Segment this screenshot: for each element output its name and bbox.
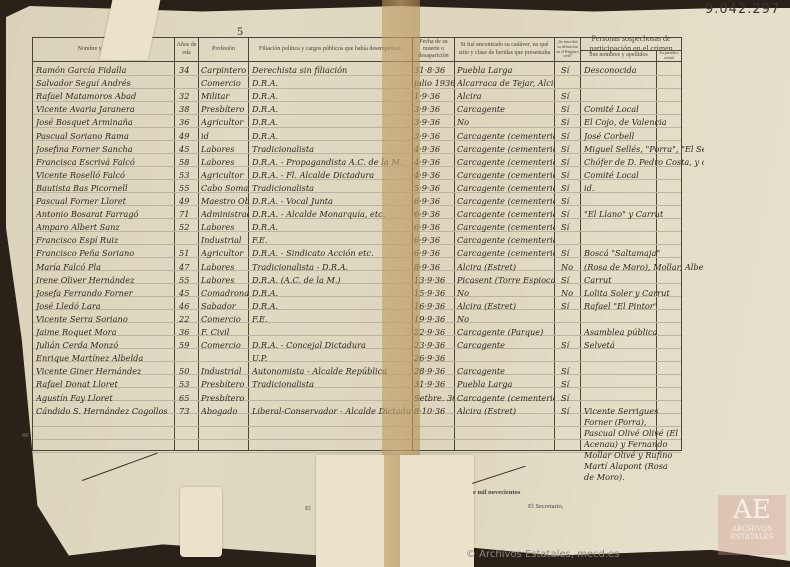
cell-registered: Sí [561,366,581,376]
cell-age: 36 [179,117,199,127]
cell-date: 13·9·36 [414,275,455,285]
cell-place: Alcira (Estret) [457,406,555,416]
cell-suspects: "El Llano" y Carrut [584,209,704,219]
cell-registered: Sí [561,248,581,258]
footer-date-text: e mil novecientos [473,489,520,496]
cell-name: Josefina Forner Sancha [36,144,174,154]
cell-age: 47 [179,262,199,272]
register-table: Nombre y apellidos d Años de eda Profesi… [32,37,682,451]
cell-place: Carcagente (cementerio) [457,393,555,403]
cell-profession: Abogado [201,406,249,416]
cell-place: Carcagente (Parque) [457,327,555,337]
cell-date: 4·9·36 [414,157,455,167]
cell-age: 22 [179,314,199,324]
cell-date: 1·9·36 [414,91,455,101]
cell-date: 26·9·36 [414,353,455,363]
cell-age: 49 [179,131,199,141]
table-row: Vicente Giner Hernández50IndustrialAuton… [33,365,681,378]
cell-profession: Agricultor [201,170,249,180]
table-row: Vicente Serra Soriano22ComercioF.E.19·9·… [33,313,681,326]
cell-name: Ramón García Fidalla [36,65,174,75]
cell-place: Carcagente (cementerio) [457,235,555,245]
cell-profession: F. Civil [201,327,249,337]
cell-date: 6·9·36 [414,235,455,245]
cell-profession: Presbítero [201,379,249,389]
cell-registered: Sí [561,117,581,127]
watermark-logo: AE [718,495,786,525]
header-age: Años de eda [175,38,199,62]
cell-suspects: Rafael "El Pintor" [584,301,704,311]
cell-place: Carcagente [457,104,555,114]
cell-date: 22·9·36 [414,327,455,337]
cell-date: julio 1936 [414,78,455,88]
cell-registered: No [561,288,581,298]
cell-place: Alcarraca de Tejar, Alcira [457,78,555,88]
table-row: Bautista Bas Picornell55Cabo SomaténTrad… [33,182,681,195]
table-row: Francisco Peña Soriano51AgricultorD.R.A.… [33,247,681,260]
cell-registered: Sí [561,183,581,193]
header-suspects-whereabouts: Su paradero actual [657,51,681,62]
cell-age: 51 [179,248,199,258]
cell-suspects: José Corbell [584,131,704,141]
cell-date: 6·9·36 [414,209,455,219]
cell-name: Enrique Martínez Albelda [36,353,174,363]
cell-date: 23·9·36 [414,340,455,350]
cell-suspects: Miguel Sellés, "Porra", "El Seco" [584,144,704,154]
cell-name: Vicente Roselló Falcó [36,170,174,180]
table-row: Agustín Fay Lloret65PresbíteroSetbre. 36… [33,392,681,405]
cell-date: 28·9·36 [414,366,455,376]
archive-watermark: AE ARCHIVOS ESTATALES [718,495,786,555]
cell-place: Carcagente (cementerio) [457,209,555,219]
cell-date: 3·9·36 [414,104,455,114]
table-row: Pascual Soriano Rama49idD.R.A.3·9·36Carc… [33,130,681,143]
table-row: Cándido S. Hernández Cogollos73AbogadoLi… [33,405,681,418]
table-row: Francisco Espí RuizIndustrialF.E.6·9·36C… [33,234,681,247]
cell-age: 65 [179,393,199,403]
watermark-line1: ARCHIVOS [718,525,786,533]
header-profession: Profesión [199,38,249,62]
cell-date: 4·9·36 [414,170,455,180]
cell-place: Alcira (Estret) [457,301,555,311]
table-row: Irene Oliver Hernández55LaboresD.R.A. (A… [33,274,681,287]
cell-age: 53 [179,170,199,180]
cell-registered: Sí [561,196,581,206]
cell-suspects: Comité Local [584,170,704,180]
cell-age: 45 [179,288,199,298]
cell-name: Amparo Albert Sanz [36,222,174,232]
table-row: Salvador Seguí AndrésComercioD.R.A.julio… [33,77,681,90]
cell-suspects: (Rosa de Moro), Mollar, Albelda y Mora [584,262,704,272]
table-row: José Lledó Lara46SabadorD.R.A.16·9·36Alc… [33,300,681,313]
cell-registered: Sí [561,275,581,285]
cell-profession: Carpintero [201,65,249,75]
header-reported: ¿Se inscribió su defunción en el Registr… [555,38,581,62]
cell-place: Carcagente (cementerio) [457,248,555,258]
cell-name: José Bosquet Arminaña [36,117,174,127]
cell-name: Francisco Peña Soriano [36,248,174,258]
cell-suspects: El Cojo, de Valencia [584,117,704,127]
cell-registered: Sí [561,393,581,403]
cell-suspects: Comité Local [584,104,704,114]
cell-age: 58 [179,157,199,167]
cell-age: 46 [179,301,199,311]
table-row: María Falcó Pla47LaboresTradicionalista … [33,261,681,274]
cell-suspects: Vicente Serrigues Forner (Porra), Pascua… [584,406,680,483]
table-row: Amparo Albert Sanz52LaboresD.R.A.6·9·36C… [33,221,681,234]
cell-name: Irene Oliver Hernández [36,275,174,285]
cell-date: 15·9·36 [414,288,455,298]
cell-name: Vicente Serra Soriano [36,314,174,324]
table-row: Ramón García Fidalla34CarpinteroDerechis… [33,64,681,77]
cell-age: 36 [179,327,199,337]
cell-suspects: id. [584,183,704,193]
cell-profession: Comercio [201,78,249,88]
cell-place: Carcagente (cementerio) [457,144,555,154]
cell-place: Carcagente (cementerio) [457,170,555,180]
cell-registered: No [561,262,581,272]
table-row: Vicente Avaria Jaranera38PresbíteroD.R.A… [33,103,681,116]
cell-registered: Sí [561,406,581,416]
table-row: Antonio Bosarat Farragó71AdministradorD.… [33,208,681,221]
cell-profession: Comercio [201,314,249,324]
header-suspects-group: Personas sospechosas de participación en… [581,38,681,51]
cell-date: 5·9·36 [414,183,455,193]
cell-registered: Sí [561,340,581,350]
cell-date: 3·9·36 [414,131,455,141]
cell-place: Picasent (Torre Espioca) [457,275,555,285]
cell-name: María Falcó Pla [36,262,174,272]
cell-registered: Sí [561,170,581,180]
cell-place: Carcagente [457,366,555,376]
table-row: Rafael Matamoros Abad32MilitarD.R.A.1·9·… [33,90,681,103]
cell-registered: Sí [561,91,581,101]
cell-profession: Labores [201,222,249,232]
cell-age: 34 [179,65,199,75]
cell-suspects: Boscá "Saltamaja" [584,248,704,258]
cell-profession: Agricultor [201,117,249,127]
cell-registered: Sí [561,157,581,167]
cell-name: Vicente Avaria Jaranera [36,104,174,114]
cell-name: José Lledó Lara [36,301,174,311]
cell-date: 4·9·36 [414,144,455,154]
cell-profession: Militar [201,91,249,101]
cell-name: Francisco Espí Ruiz [36,235,174,245]
cell-name: Francisca Escrivá Falcó [36,157,174,167]
cell-profession: Labores [201,275,249,285]
cell-suspects: Chófer de D. Pedro Costa, y otros [584,157,704,167]
cell-name: Pascual Forner Lloret [36,196,174,206]
cell-name: Julián Cerda Monzó [36,340,174,350]
cell-date: 16·9·36 [414,301,455,311]
cell-profession: Sabador [201,301,249,311]
cell-date: 6·9·36 [414,196,455,206]
cell-name: Cándido S. Hernández Cogollos [36,406,174,416]
watermark-line2: ESTATALES [718,533,786,541]
cell-name: Josefa Ferrando Forner [36,288,174,298]
cell-age: 38 [179,104,199,114]
cell-place: Puebla Larga [457,379,555,389]
cell-profession: Labores [201,157,249,167]
sheet-number: 9.042.297 [705,2,780,17]
cell-profession: Comercio [201,340,249,350]
cell-date: 6·9·36 [414,248,455,258]
cell-age: 55 [179,183,199,193]
table-row: Pascual Forner Lloret49Maestro ObrasD.R.… [33,195,681,208]
cell-profession: id [201,131,249,141]
cell-age: 59 [179,340,199,350]
cell-suspects: Desconocida [584,65,704,75]
cell-name: Rafael Matamoros Abad [36,91,174,101]
cell-place: Carcagente (cementerio) [457,157,555,167]
cell-place: Carcagente (cementerio) [457,183,555,193]
cell-suspects: Lolita Soler y Carrut [584,288,704,298]
cell-registered: Sí [561,209,581,219]
cell-place: Carcagente (cementerio) [457,196,555,206]
cell-profession: Presbítero [201,393,249,403]
cell-age: 49 [179,196,199,206]
cell-place: Alcira (Estret) [457,262,555,272]
footer-left-label: El [305,505,311,512]
cell-profession: Labores [201,144,249,154]
cell-profession: Administrador [201,209,249,219]
cell-place: Carcagente (cementerio) [457,131,555,141]
cell-name: Rafael Donat Lloret [36,379,174,389]
margin-note: 66 [22,432,29,439]
cell-age: 71 [179,209,199,219]
adhesive-tape-strip [384,455,400,567]
table-row: Enrique Martínez AlbeldaU.P.26·9·36 [33,352,681,365]
copyright-notice: © Archivos Estatales, mecd.es [466,549,619,560]
cell-profession: Maestro Obras [201,196,249,206]
cell-date: 3·9·36 [414,117,455,127]
cell-name: Vicente Giner Hernández [36,366,174,376]
cell-registered: Sí [561,379,581,389]
cell-age: 32 [179,91,199,101]
cell-suspects: Selvetá [584,340,704,350]
cell-place: Puebla Larga [457,65,555,75]
cell-name: Jaime Roquet Mora [36,327,174,337]
cell-name: Pascual Soriano Rama [36,131,174,141]
cell-age: 73 [179,406,199,416]
table-row: Josefina Forner Sancha45LaboresTradicion… [33,143,681,156]
cell-age: 52 [179,222,199,232]
cell-registered: Sí [561,65,581,75]
cell-registered: Sí [561,131,581,141]
cell-date: 8·9·36 [414,262,455,272]
cell-place: No [457,117,555,127]
cell-name: Antonio Bosarat Farragó [36,209,174,219]
table-row: Vicente Roselló Falcó53AgricultorD.R.A. … [33,169,681,182]
table-row: Jaime Roquet Mora36F. Civil22·9·36Carcag… [33,326,681,339]
cell-registered: Sí [561,301,581,311]
cell-date: 31·8·36 [414,65,455,75]
paper-repair-patch [180,487,222,557]
cell-name: Agustín Fay Lloret [36,393,174,403]
table-row: José Bosquet Arminaña36AgricultorD.R.A.3… [33,116,681,129]
table-row: Josefa Ferrando Forner45ComadronaD.R.A.1… [33,287,681,300]
cell-age: 55 [179,275,199,285]
cell-place: Carcagente (cementerio) [457,222,555,232]
cell-name: Bautista Bas Picornell [36,183,174,193]
cell-place: Carcagente [457,340,555,350]
cell-profession: Agricultor [201,248,249,258]
header-suspects-names: Sus nombres y apellidos [581,51,657,62]
cell-profession: Labores [201,262,249,272]
header-body-found: Si fué encontrado su cadáver, en qué sit… [455,38,555,62]
cell-suspects: Carrut [584,275,704,285]
cell-registered: Sí [561,222,581,232]
cell-suspects: Asamblea pública [584,327,704,337]
cell-profession: Presbítero [201,104,249,114]
cell-profession: Cabo Somatén [201,183,249,193]
cell-place: No [457,314,555,324]
cell-date: 8·10·36 [414,406,455,416]
cell-profession: Comadrona [201,288,249,298]
cell-registered: Sí [561,144,581,154]
cell-place: No [457,288,555,298]
cell-date: 31·9·36 [414,379,455,389]
cell-age: 50 [179,366,199,376]
table-row: Francisca Escrivá Falcó58LaboresD.R.A. -… [33,156,681,169]
cell-profession: Industrial [201,366,249,376]
cell-profession: Industrial [201,235,249,245]
table-row: Rafael Donat Lloret53PresbíteroTradicion… [33,378,681,391]
cell-name: Salvador Seguí Andrés [36,78,174,88]
footer-secretary: El Secretario, [528,503,563,510]
cell-date: 6·9·36 [414,222,455,232]
cell-date: Setbre. 36 [414,393,455,403]
cell-age: 53 [179,379,199,389]
cell-place: Alcira [457,91,555,101]
cell-registered: Sí [561,104,581,114]
cell-age: 45 [179,144,199,154]
cell-date: 19·9·36 [414,314,455,324]
table-row: Julián Cerda Monzó59ComercioD.R.A. - Con… [33,339,681,352]
